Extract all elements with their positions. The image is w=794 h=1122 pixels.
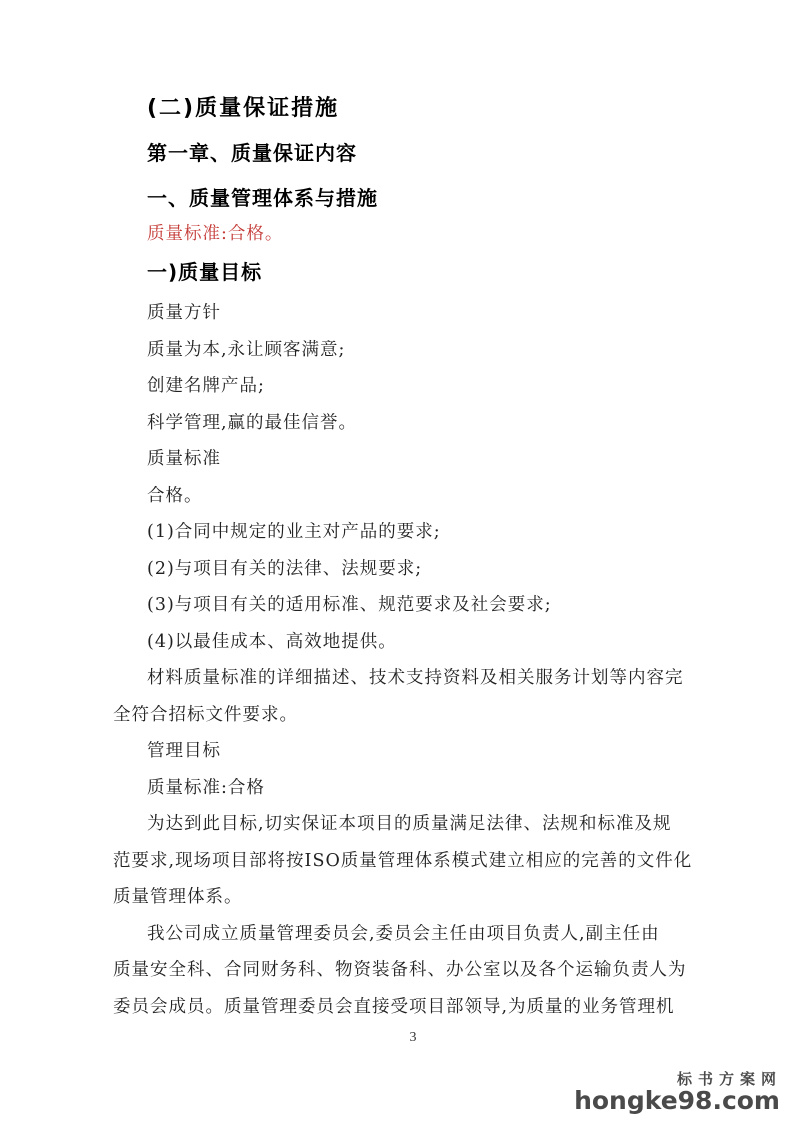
- body-line: 我公司成立质量管理委员会,委员会主任由项目负责人,副主任由: [113, 916, 713, 953]
- section-heading: 第一章、质量保证内容: [113, 140, 713, 166]
- body-line: 材料质量标准的详细描述、技术支持资料及相关服务计划等内容完: [113, 660, 713, 697]
- body-line: 质量安全科、合同财务科、物资装备科、办公室以及各个运输负责人为: [113, 952, 713, 989]
- section-heading: 一)质量目标: [113, 259, 713, 285]
- body-line: 管理目标: [113, 733, 713, 770]
- page-number: 3: [113, 1030, 713, 1046]
- body-line: 委员会成员。质量管理委员会直接受项目部领导,为质量的业务管理机: [113, 989, 713, 1026]
- section-heading: 一、质量管理体系与措施: [113, 185, 713, 211]
- body-line: 质量为本,永让顾客满意;: [113, 332, 713, 369]
- body-line: 全符合招标文件要求。: [113, 697, 713, 734]
- body-line: (2)与项目有关的法律、法规要求;: [113, 551, 713, 588]
- body-line: (1)合同中规定的业主对产品的要求;: [113, 514, 713, 551]
- body-line: 合格。: [113, 478, 713, 515]
- body-line: 范要求,现场项目部将按ISO质量管理体系模式建立相应的完善的文件化: [113, 843, 713, 880]
- body-line: 质量方针: [113, 295, 713, 332]
- body-line: 质量标准:合格: [113, 770, 713, 807]
- body-line: 质量标准: [113, 441, 713, 478]
- document-page: (二)质量保证措施第一章、质量保证内容一、质量管理体系与措施质量标准:合格。一)…: [0, 0, 794, 1122]
- body-line: 科学管理,赢的最佳信誉。: [113, 405, 713, 442]
- watermark-site-url: hongke98.com: [574, 1088, 780, 1114]
- body-line: (3)与项目有关的适用标准、规范要求及社会要求;: [113, 587, 713, 624]
- watermark: 标书方案网 hongke98.com: [574, 1072, 780, 1114]
- body-line: 质量管理体系。: [113, 879, 713, 916]
- body-line: 创建名牌产品;: [113, 368, 713, 405]
- body-line: 为达到此目标,切实保证本项目的质量满足法律、法规和标准及规: [113, 806, 713, 843]
- quality-standard-red-line: 质量标准:合格。: [113, 222, 713, 246]
- doc-title: (二)质量保证措施: [113, 95, 713, 123]
- document-content: (二)质量保证措施第一章、质量保证内容一、质量管理体系与措施质量标准:合格。一)…: [113, 95, 713, 1025]
- doc-body: 质量方针质量为本,永让顾客满意;创建名牌产品;科学管理,赢的最佳信誉。质量标准合…: [113, 295, 713, 1025]
- body-line: (4)以最佳成本、高效地提供。: [113, 624, 713, 661]
